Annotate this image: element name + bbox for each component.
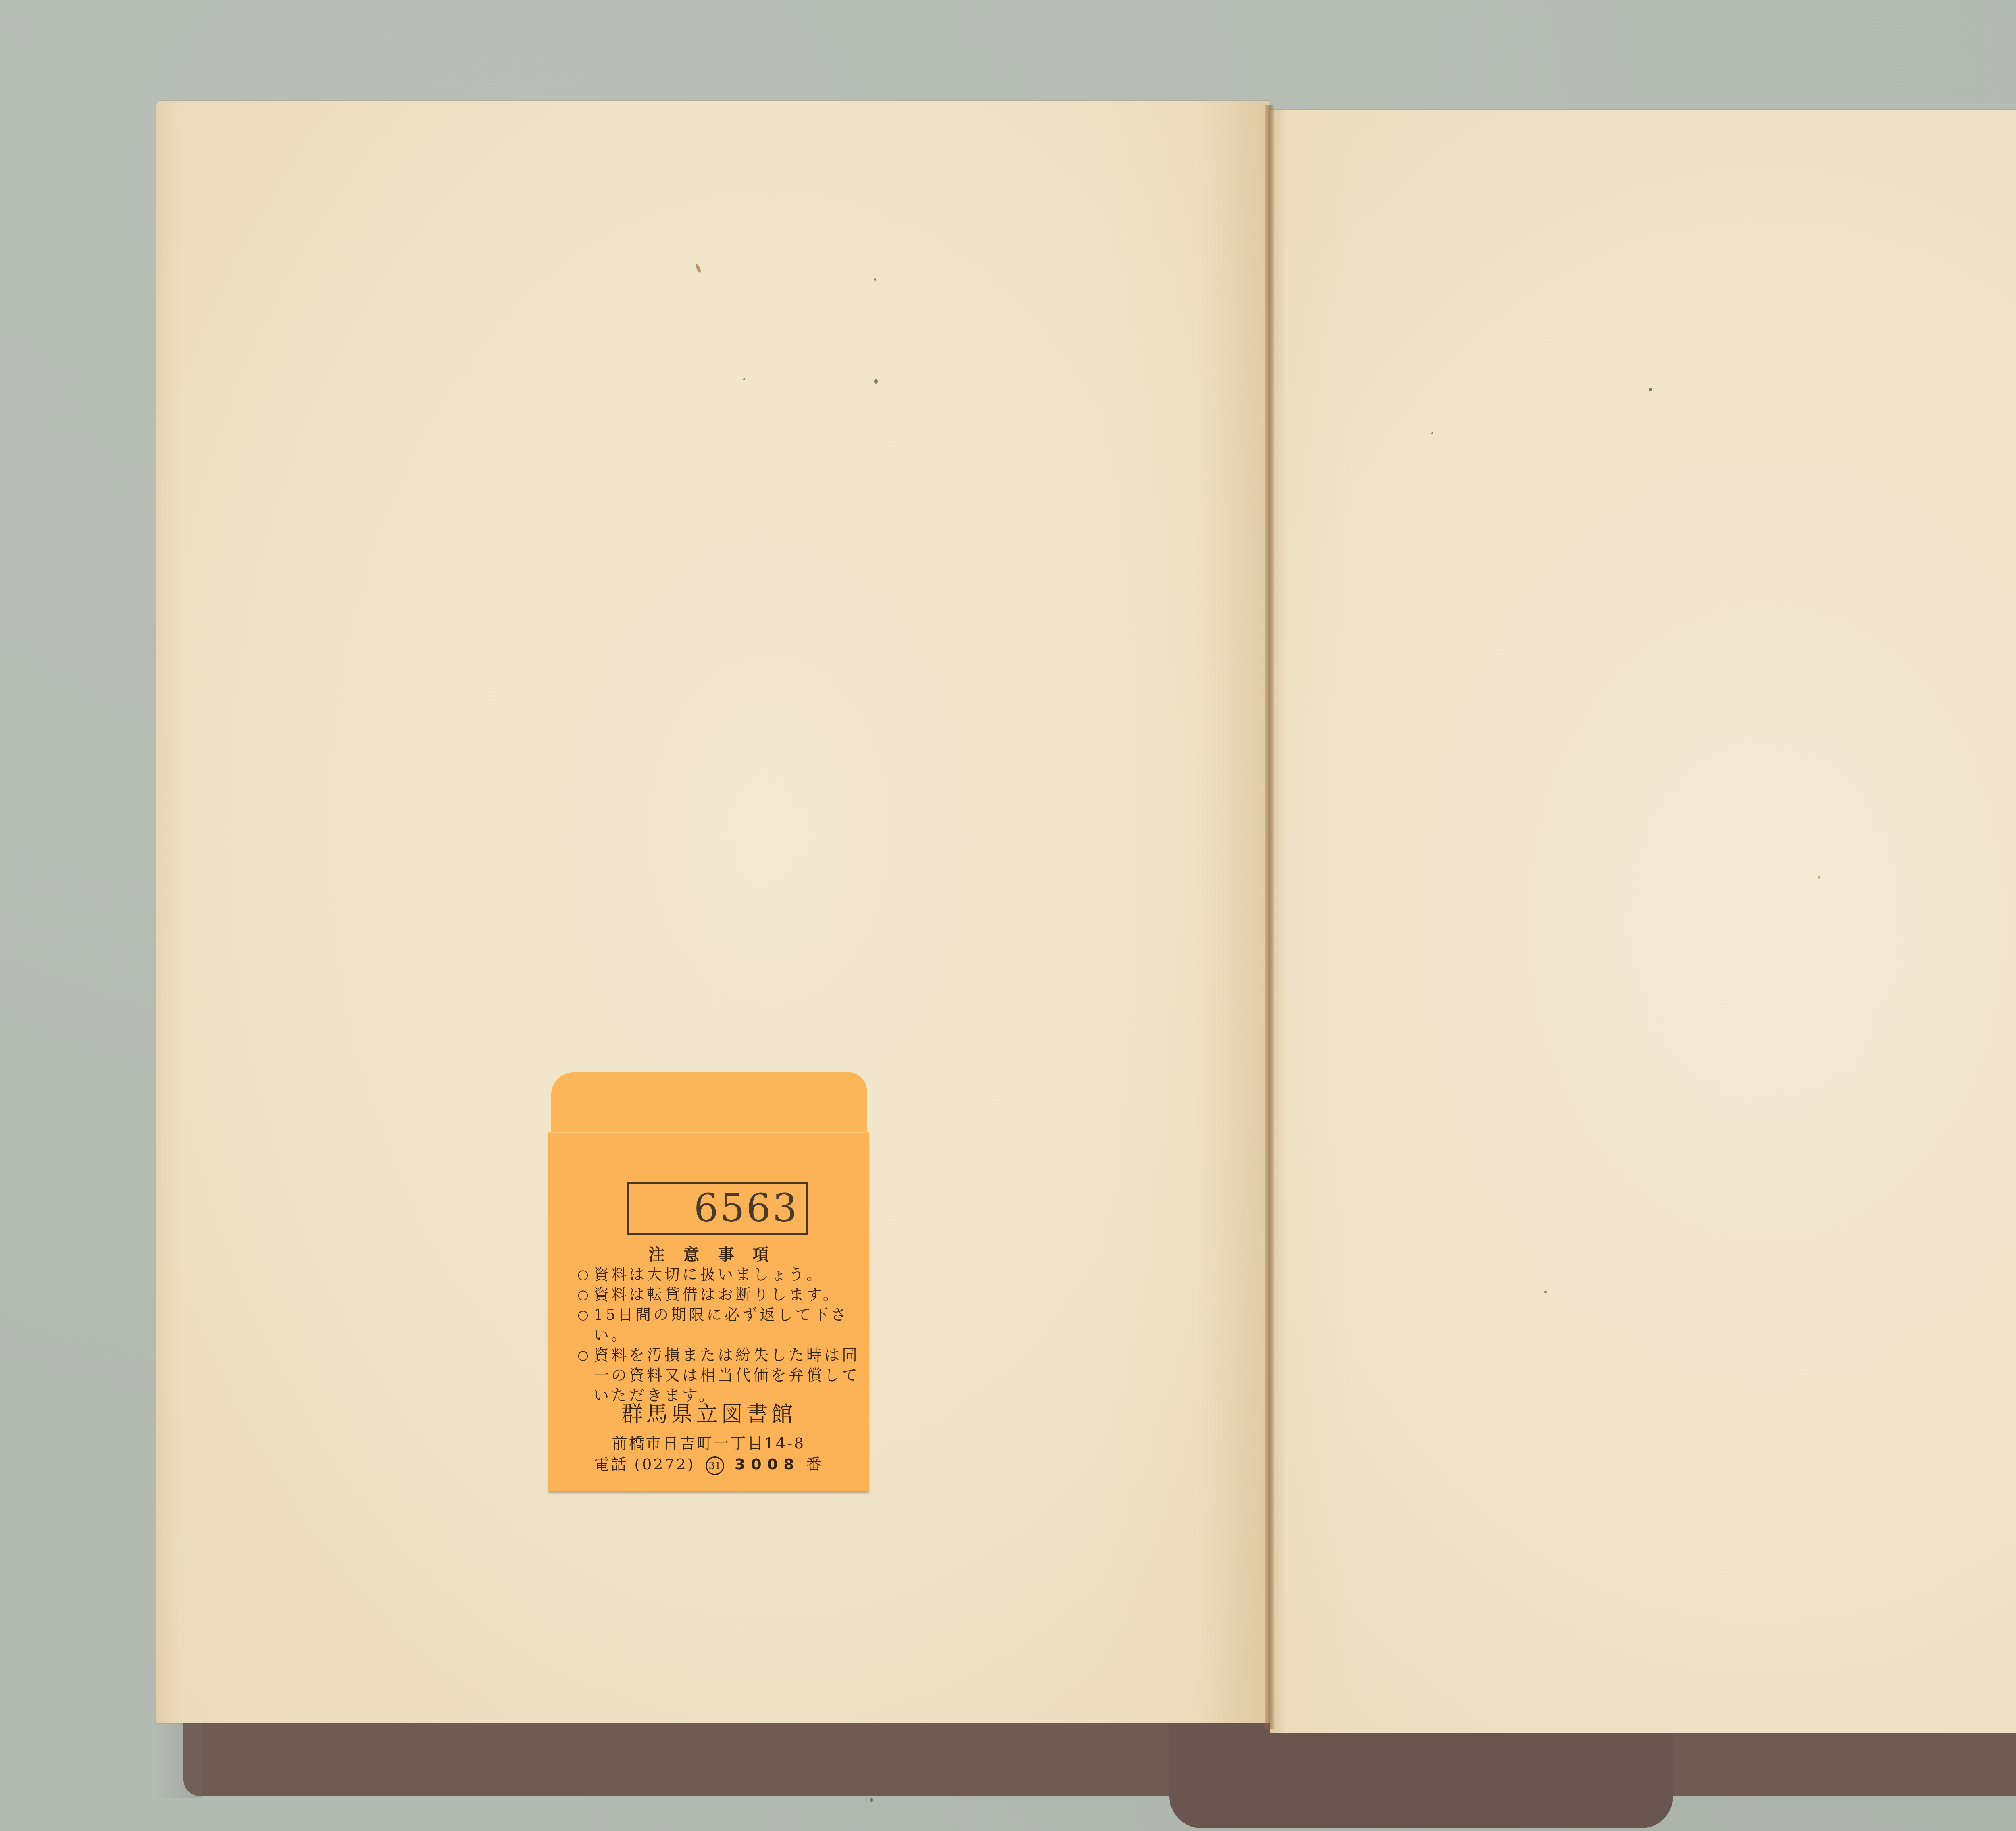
library-phone: 電話 (0272) 31 3008 番 xyxy=(548,1452,869,1475)
call-number-box: 6563 xyxy=(627,1182,808,1235)
paper-speck xyxy=(874,278,876,281)
notice-item: ○ 資料は転貸借はお断りします。 xyxy=(577,1284,860,1305)
right-page xyxy=(1270,110,2016,1733)
library-card-pocket: 6563 注意事項 ○ 資料は大切に扱いましょう。 ○ 資料は転貸借はお断りしま… xyxy=(548,1132,869,1491)
circle-bullet-icon: ○ xyxy=(577,1345,591,1365)
notice-item: ○ 資料を汚損または紛失した時は同一の資料又は相当代価を弁償していただきます。 xyxy=(577,1345,860,1405)
notice-text: 資料は転貸借はお断りします。 xyxy=(594,1286,841,1303)
notice-text: 資料を汚損または紛失した時は同一の資料又は相当代価を弁償していただきます。 xyxy=(594,1346,860,1404)
notice-text: 資料は大切に扱いましょう。 xyxy=(594,1265,824,1283)
phone-number: 3008 xyxy=(735,1455,800,1473)
notice-list: ○ 資料は大切に扱いましょう。 ○ 資料は転貸借はお断りします。 ○ 15日間の… xyxy=(577,1264,860,1405)
paper-speck xyxy=(870,1798,873,1802)
phone-area-code: (0272) xyxy=(634,1455,695,1473)
card-pocket-content: 6563 注意事項 ○ 資料は大切に扱いましょう。 ○ 資料は転貸借はお断りしま… xyxy=(548,1133,869,1491)
circle-bullet-icon: ○ xyxy=(577,1284,591,1305)
book-gutter xyxy=(1265,105,1274,1729)
circle-bullet-icon: ○ xyxy=(577,1264,591,1284)
notice-heading: 注意事項 xyxy=(548,1242,869,1265)
paper-speck xyxy=(695,264,702,273)
phone-label: 電話 xyxy=(594,1455,628,1473)
notice-text: 15日間の期限に必ず返して下さい。 xyxy=(594,1306,848,1344)
paper-speck xyxy=(1431,432,1433,434)
paper-speck xyxy=(1649,388,1652,391)
call-number: 6563 xyxy=(694,1187,799,1230)
notice-item: ○ 15日間の期限に必ず返して下さい。 xyxy=(577,1305,860,1345)
phone-exchange: 31 xyxy=(706,1456,724,1475)
phone-suffix: 番 xyxy=(806,1455,823,1473)
circle-bullet-icon: ○ xyxy=(577,1305,591,1325)
library-name: 群馬県立図書館 xyxy=(548,1397,869,1428)
paper-speck xyxy=(1544,1291,1547,1293)
notice-item: ○ 資料は大切に扱いましょう。 xyxy=(577,1264,860,1284)
paper-speck xyxy=(874,379,878,384)
library-address: 前橋市日吉町一丁目14-8 xyxy=(548,1431,869,1453)
paper-speck xyxy=(743,378,745,380)
paper-speck xyxy=(1818,876,1820,879)
